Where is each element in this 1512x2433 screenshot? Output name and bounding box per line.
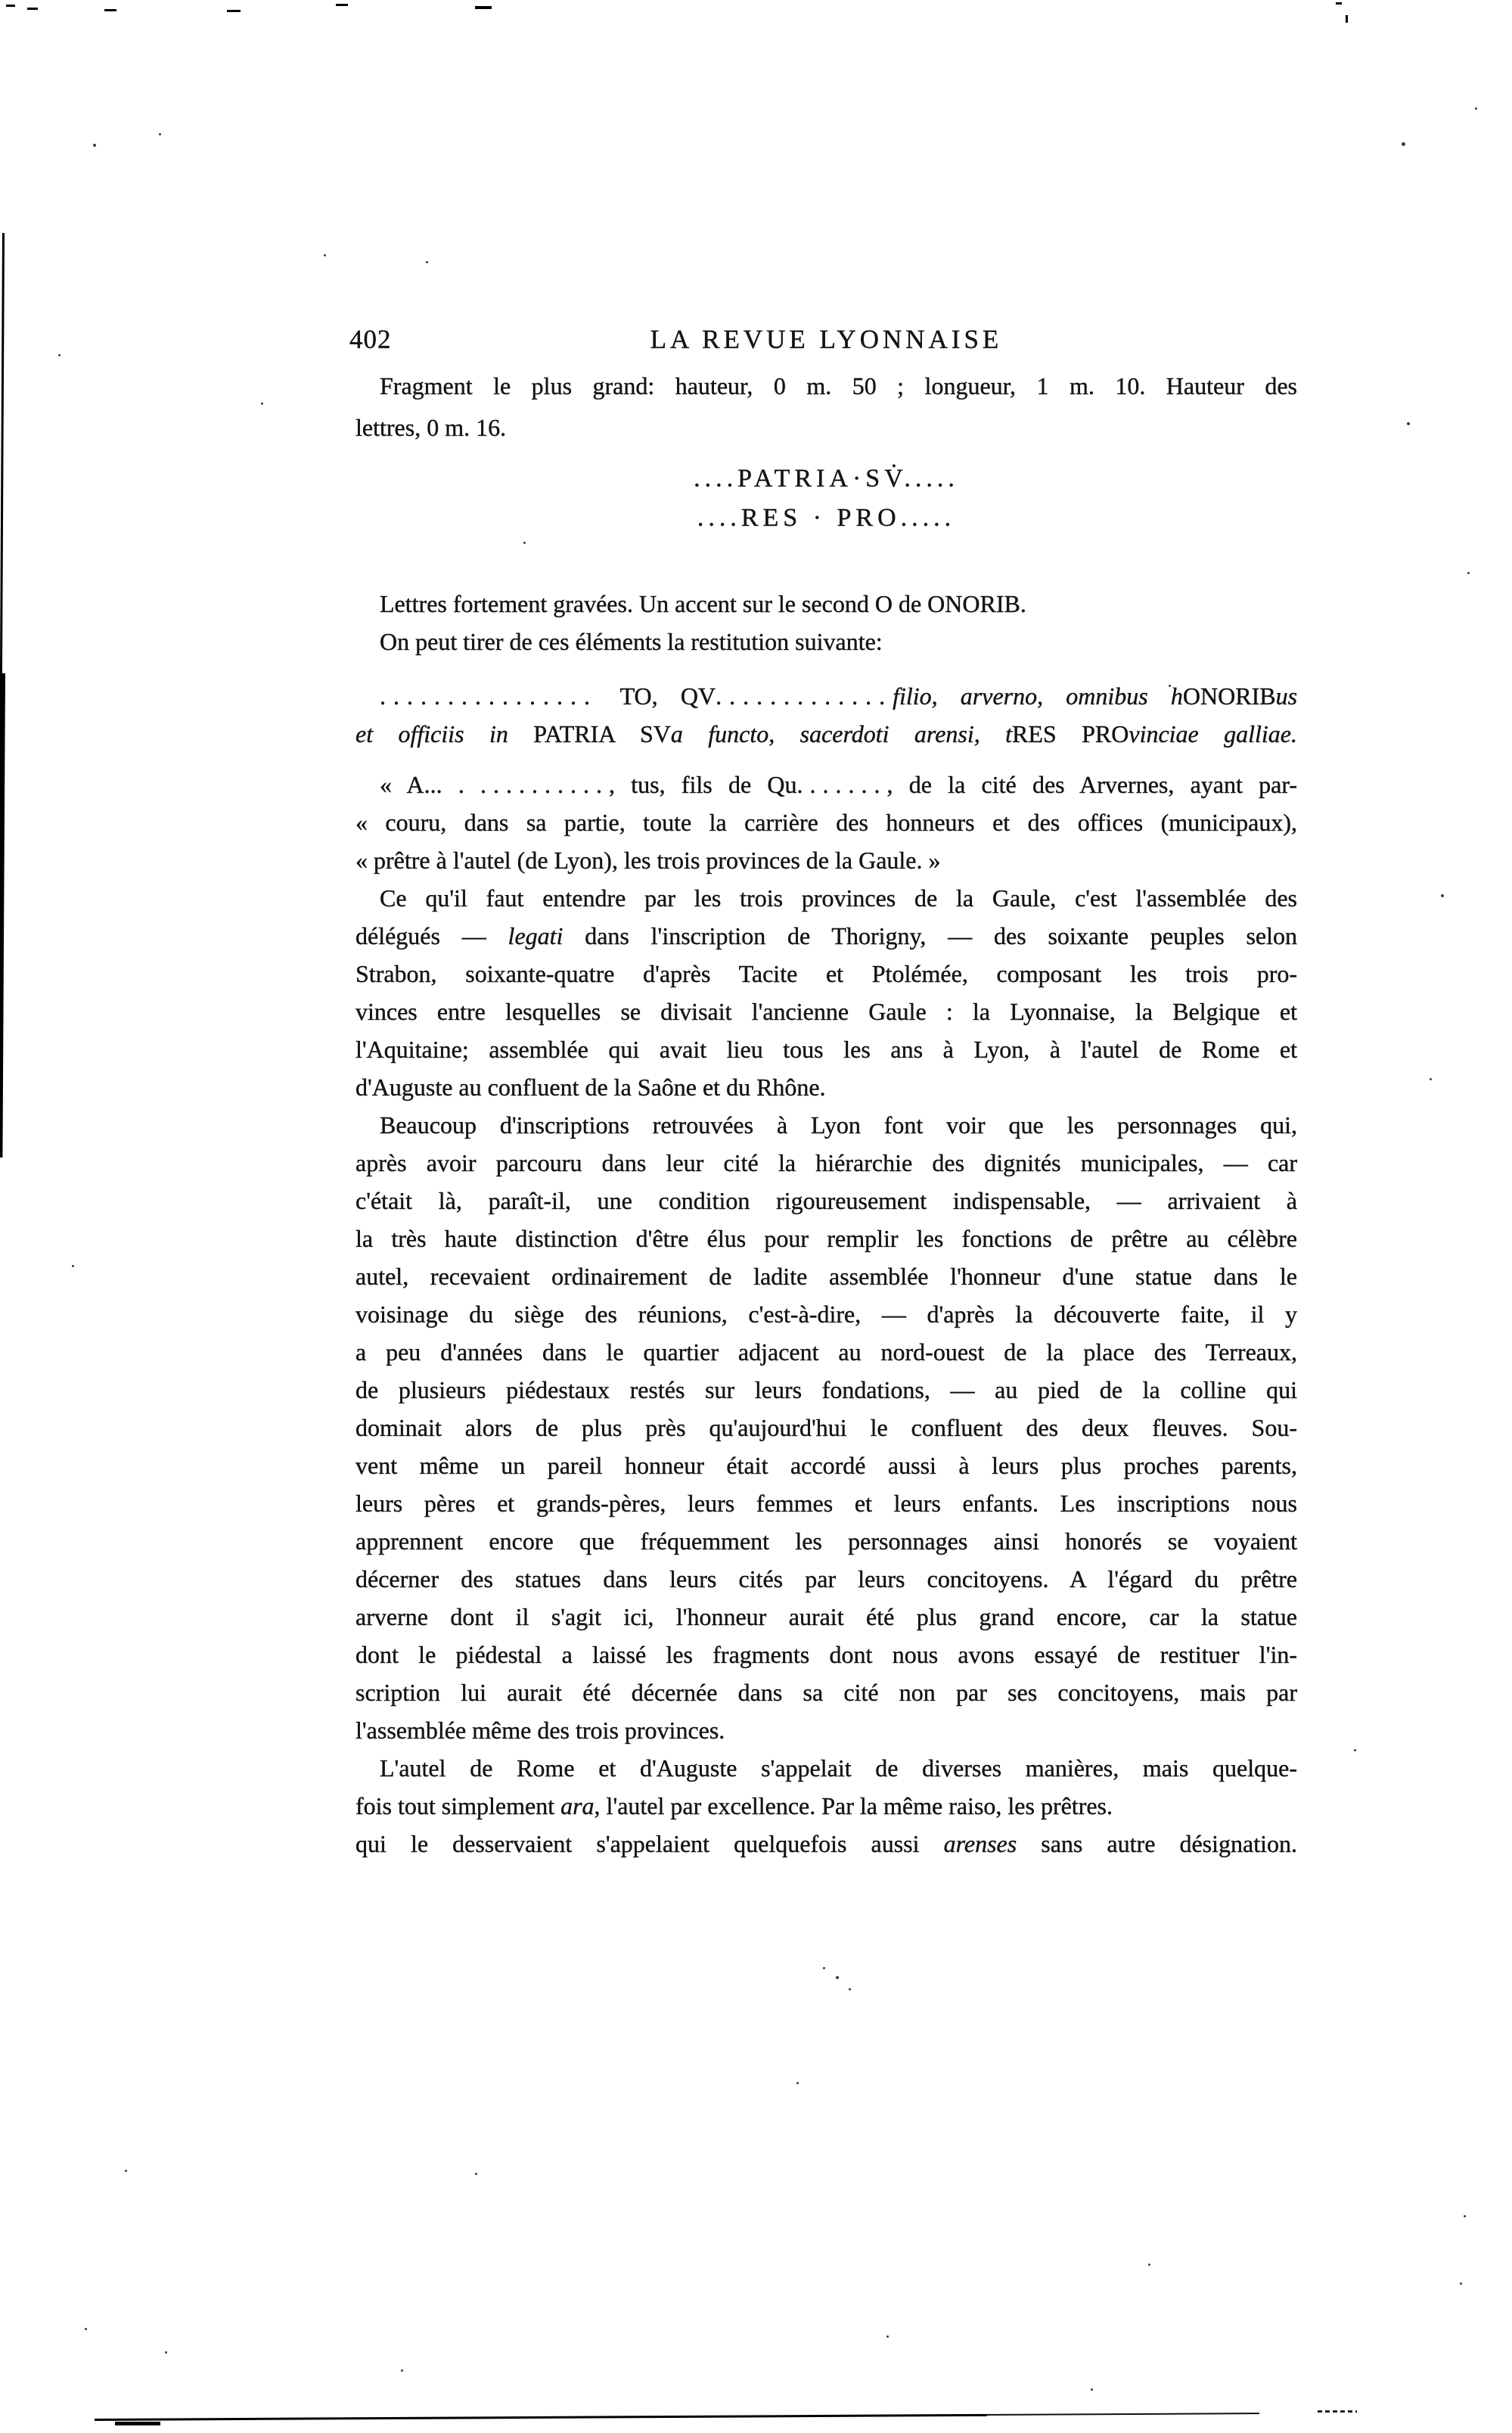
scan-speck <box>1148 2264 1150 2266</box>
text-run: « couru, dans sa partie, toute la carriè… <box>355 809 1297 836</box>
scan-speck <box>823 1967 825 1969</box>
scanned-document-page: 402 LA REVUE LYONNAISE Fragment le plus … <box>0 0 1512 2433</box>
text-run: .......... <box>480 771 609 798</box>
scan-speck <box>93 144 96 147</box>
text-run: dont le piédestal a laissé les fragments… <box>355 1641 1297 1668</box>
scan-speck <box>1441 894 1444 897</box>
text-run: ................ <box>380 682 598 710</box>
text-line: Fragment le plus grand: hauteur, 0 m. 50… <box>355 365 1297 407</box>
scan-speck <box>58 354 61 356</box>
text-run: arverne dont il s'agit ici, l'honneur au… <box>355 1603 1297 1630</box>
scan-speck <box>401 2369 403 2372</box>
text-line: apprennent encore que fréquemment les pe… <box>355 1522 1297 1560</box>
text-run: a peu d'années dans le quartier adjacent… <box>355 1338 1297 1366</box>
text-run: l'assemblée même des trois provinces. <box>355 1717 725 1744</box>
text-run: ara <box>560 1792 594 1819</box>
scan-speck <box>849 1988 851 1990</box>
text-line: l'Aquitaine; assemblée qui avait lieu to… <box>355 1030 1297 1068</box>
text-run: l'Aquitaine; assemblée qui avait lieu to… <box>355 1036 1297 1063</box>
text-line: Lettres fortement gravées. Un accent sur… <box>355 585 1297 623</box>
paragraph-lettres-gravees: Lettres fortement gravées. Un accent sur… <box>355 585 1297 660</box>
scan-speck <box>426 261 428 263</box>
scan-speck <box>72 1265 74 1267</box>
text-line: c'était là, paraît-il, une condition rig… <box>355 1182 1297 1220</box>
text-run: L'autel de Rome et d'Auguste s'appelait … <box>380 1754 1297 1782</box>
text-line: Ce qu'il faut entendre par les trois pro… <box>355 879 1297 917</box>
text-line: qui le desservaient s'appelaient quelque… <box>355 1825 1297 1863</box>
scan-speck <box>1460 2282 1462 2285</box>
text-run: qui le desservaient s'appelaient quelque… <box>355 1830 944 1857</box>
text-line: voisinage du siège des réunions, c'est-à… <box>355 1295 1297 1333</box>
text-run: dominait alors de plus près qu'aujourd'h… <box>355 1414 1297 1441</box>
text-run: RES PRO <box>1012 720 1129 747</box>
text-run: a functo, sacerdoti arensi, t <box>671 720 1012 747</box>
text-line: L'autel de Rome et d'Auguste s'appelait … <box>355 1749 1297 1787</box>
text-line: vent même un pareil honneur était accord… <box>355 1446 1297 1484</box>
text-line: Beaucoup d'inscriptions retrouvées à Lyo… <box>355 1106 1297 1144</box>
scan-speck <box>1091 2388 1093 2391</box>
text-run: us <box>1276 682 1297 710</box>
scan-artifact-dash <box>1346 15 1348 23</box>
text-run: , tus, fils de Qu <box>609 771 796 798</box>
scan-speck <box>1430 1078 1432 1080</box>
text-run: ONORIB <box>1183 682 1276 710</box>
text-run: ............. <box>716 682 893 710</box>
scan-speck <box>1354 1749 1356 1751</box>
scan-artifact-bottom-line <box>95 2414 987 2421</box>
text-line: l'assemblée même des trois provinces. <box>355 1711 1297 1749</box>
text-run: , l'autel par excellence. Par la même ra… <box>595 1792 1113 1819</box>
text-line: vinces entre lesquelles se divisait l'an… <box>355 993 1297 1030</box>
scan-speck <box>324 254 326 256</box>
text-line: fois tout simplement ara, l'autel par ex… <box>355 1787 1297 1825</box>
text-run: vinces entre lesquelles se divisait l'an… <box>355 998 1297 1025</box>
text-run: legati <box>508 922 564 949</box>
text-run: lettres, 0 m. 16. <box>355 414 506 441</box>
scan-artifact-spine-line-thick <box>0 673 5 1157</box>
text-run: délégués — <box>355 922 508 949</box>
scan-speck <box>85 2328 87 2330</box>
text-run: de plusieurs piédestaux restés sur leurs… <box>355 1376 1297 1403</box>
text-run: c'était là, paraît-il, une condition rig… <box>355 1187 1297 1214</box>
text-line: « prêtre à l'autel (de Lyon), les trois … <box>355 841 1297 879</box>
scan-speck <box>475 2173 477 2175</box>
text-line: après avoir parcouru dans leur cité la h… <box>355 1144 1297 1182</box>
text-run: « A... . <box>380 771 480 798</box>
text-run: leurs pères et grands-pères, leurs femme… <box>355 1490 1297 1517</box>
scan-speck <box>886 2335 889 2338</box>
text-run: filio, arverno, omnibus h <box>893 682 1183 710</box>
text-run: Lettres fortement gravées. Un accent sur… <box>380 590 1026 617</box>
scan-speck <box>1169 685 1171 687</box>
text-run: décerner des statues dans leurs cités pa… <box>355 1565 1297 1592</box>
text-run: dans l'inscription de Thorigny, — des so… <box>563 922 1297 949</box>
text-line: dominait alors de plus près qu'aujourd'h… <box>355 1409 1297 1446</box>
scan-artifact-spine-line <box>0 233 5 2268</box>
text-run: Strabon, soixante-quatre d'après Tacite … <box>355 960 1297 987</box>
text-run: sans autre désignation. <box>1017 1830 1297 1857</box>
scan-artifact-dash <box>6 5 15 7</box>
scan-artifact-dash <box>475 6 492 9</box>
main-text-body: « A... . .........., tus, fils de Qu....… <box>355 766 1297 1863</box>
journal-title: LA REVUE LYONNAISE <box>650 325 1003 354</box>
text-line: ....RES · PRO..... <box>355 499 1297 538</box>
text-run: autel, recevaient ordinairement de ladit… <box>355 1263 1297 1290</box>
text-run: Fragment le plus grand: hauteur, 0 m. 50… <box>380 372 1297 399</box>
scan-speck <box>836 1976 839 1979</box>
text-run: Ce qu'il faut entendre par les trois pro… <box>380 884 1297 912</box>
text-run: la très haute distinction d'être élus po… <box>355 1225 1297 1252</box>
text-run: vinciae galliae. <box>1129 720 1297 747</box>
text-line: scription lui aurait été décernée dans s… <box>355 1673 1297 1711</box>
text-line: Strabon, soixante-quatre d'après Tacite … <box>355 955 1297 993</box>
page-number: 402 <box>349 322 392 357</box>
scan-speck <box>1467 572 1470 574</box>
scan-speck <box>1475 107 1477 110</box>
text-line: ....PATRIA·SV̇..... <box>355 459 1297 499</box>
text-run: fois tout simplement <box>355 1792 560 1819</box>
text-line: « A... . .........., tus, fils de Qu....… <box>355 766 1297 803</box>
text-line: On peut tirer de ces éléments la restitu… <box>355 623 1297 660</box>
scan-speck <box>159 133 161 135</box>
scan-artifact-bottom-blob <box>115 2422 160 2425</box>
text-run: , de la cité des Arvernes, ayant par- <box>887 771 1297 798</box>
scan-speck <box>1464 2215 1466 2217</box>
text-run: Beaucoup d'inscriptions retrouvées à Lyo… <box>380 1111 1297 1139</box>
text-run: voisinage du siège des réunions, c'est-à… <box>355 1300 1297 1328</box>
scan-speck <box>523 542 526 544</box>
inscription-restitution: ................ TO, QV.............fili… <box>355 677 1297 753</box>
scan-speck <box>125 2170 127 2172</box>
text-line: et officiis in PATRIA SVa functo, sacerd… <box>355 715 1297 753</box>
text-line: ................ TO, QV.............fili… <box>355 677 1297 715</box>
text-line: « couru, dans sa partie, toute la carriè… <box>355 803 1297 841</box>
scan-speck <box>796 2082 799 2084</box>
text-line: dont le piédestal a laissé les fragments… <box>355 1636 1297 1673</box>
text-line: la très haute distinction d'être élus po… <box>355 1220 1297 1257</box>
scan-artifact-dash <box>336 4 348 6</box>
text-run: après avoir parcouru dans leur cité la h… <box>355 1149 1297 1176</box>
scan-speck <box>261 402 263 405</box>
text-run: d'Auguste au confluent de la Saône et du… <box>355 1074 826 1101</box>
scan-artifact-dash <box>227 10 241 12</box>
text-line: délégués — legati dans l'inscription de … <box>355 917 1297 955</box>
scan-artifact-dash <box>1336 2 1342 5</box>
text-run: ....PATRIA·SV̇..... <box>694 465 959 493</box>
text-line: de plusieurs piédestaux restés sur leurs… <box>355 1371 1297 1409</box>
scan-artifact-dash <box>104 9 116 11</box>
scan-artifact-dash <box>27 8 38 10</box>
text-run: arenses <box>944 1830 1017 1857</box>
text-line: arverne dont il s'agit ici, l'honneur au… <box>355 1598 1297 1636</box>
text-line: leurs pères et grands-pères, leurs femme… <box>355 1484 1297 1522</box>
text-run: ....... <box>797 771 887 798</box>
text-run: apprennent encore que fréquemment les pe… <box>355 1527 1297 1555</box>
text-run: TO, QV <box>598 682 716 710</box>
scan-artifact-bottom-line-thin <box>983 2413 1259 2416</box>
text-line: d'Auguste au confluent de la Saône et du… <box>355 1068 1297 1106</box>
latin-inscription-fragment: ....PATRIA·SV̇.........RES · PRO..... <box>355 459 1297 538</box>
text-line: décerner des statues dans leurs cités pa… <box>355 1560 1297 1598</box>
text-run: « prêtre à l'autel (de Lyon), les trois … <box>355 847 941 874</box>
text-line: lettres, 0 m. 16. <box>355 407 1297 449</box>
text-run: vent même un pareil honneur était accord… <box>355 1452 1297 1479</box>
text-run: et officiis in <box>355 720 533 747</box>
text-run: ....RES · PRO..... <box>697 504 955 532</box>
scan-speck <box>1402 142 1405 146</box>
text-line: a peu d'années dans le quartier adjacent… <box>355 1333 1297 1371</box>
scan-speck <box>165 2351 167 2354</box>
paragraph-fragment-dimensions: Fragment le plus grand: hauteur, 0 m. 50… <box>355 365 1297 449</box>
page-header: 402 LA REVUE LYONNAISE <box>355 322 1297 357</box>
text-run: scription lui aurait été décernée dans s… <box>355 1679 1297 1706</box>
scan-artifact-bottom-dashes <box>1318 2410 1357 2413</box>
scan-speck <box>1407 422 1410 425</box>
text-run: PATRIA SV <box>533 720 671 747</box>
text-line: autel, recevaient ordinairement de ladit… <box>355 1257 1297 1295</box>
text-run: On peut tirer de ces éléments la restitu… <box>380 628 883 655</box>
